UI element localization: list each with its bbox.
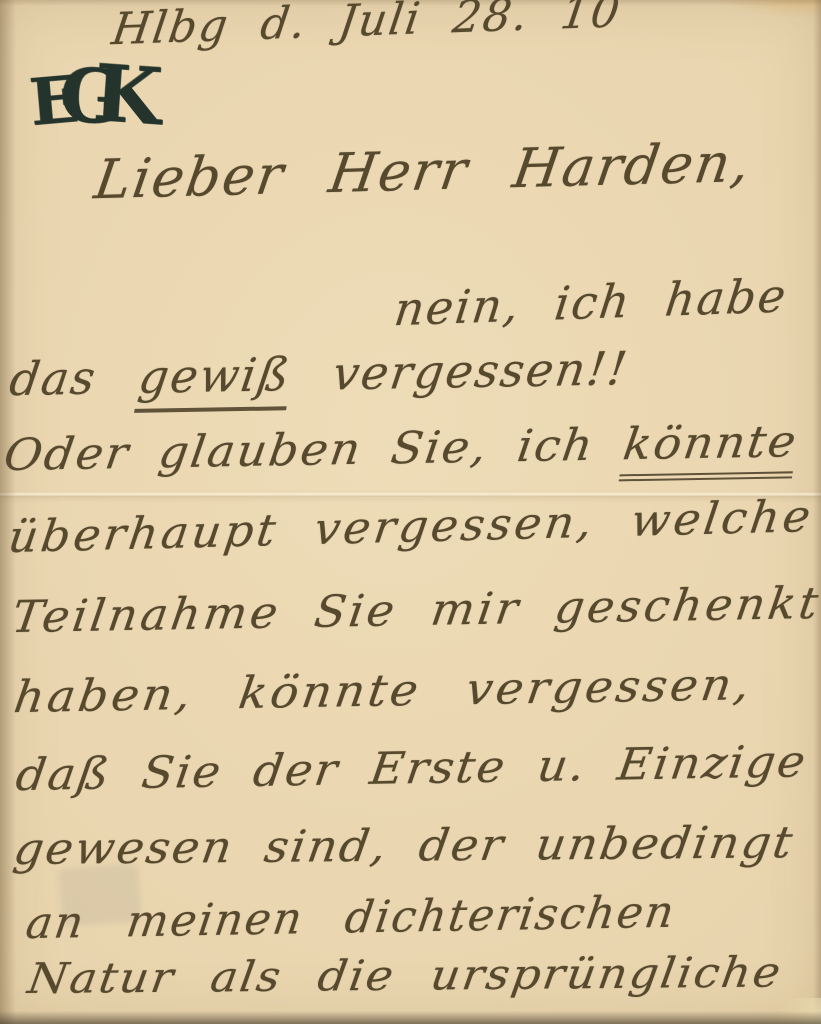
letter-page: E G K Hlbg d. Juli 28. 10 Lieber Herr Ha… — [0, 0, 821, 1024]
body-line-8-text: gewesen sind, der unbedingt — [10, 817, 797, 875]
body-line-7: daß Sie der Erste u. Einzige — [13, 736, 811, 801]
underlined-word: gewiß — [134, 347, 294, 413]
body-line-2-post: vergessen!! — [287, 341, 632, 401]
body-line-6: haben, könnte vergessen, — [11, 659, 756, 723]
body-line-10: Natur als die ursprüngliche — [25, 947, 786, 1003]
body-line-3-pre: Oder glauben Sie, ich — [1, 419, 627, 481]
date-line: Hlbg d. Juli 28. 10 — [109, 0, 625, 55]
monogram-letter-k: K — [91, 48, 165, 144]
body-line-9: an meinen dichterischen — [23, 887, 679, 949]
body-line-7-text: daß Sie der Erste u. Einzige — [13, 736, 811, 801]
body-line-5: Teilnahme Sie mir geschenkt — [9, 578, 821, 643]
body-line-9-text: an meinen dichterischen — [23, 887, 679, 949]
body-line-2-pre: das — [6, 350, 143, 406]
salutation-line: Lieber Herr Harden, — [91, 131, 756, 211]
body-line-4: überhaupt vergessen, welche — [5, 491, 816, 563]
body-line-4-text: überhaupt vergessen, welche — [5, 491, 816, 563]
monogram-stamp: E G K — [30, 50, 160, 160]
double-underlined-word: könnte — [619, 416, 802, 481]
page-edge-bottom — [0, 1011, 821, 1024]
body-line-1-text: nein, ich habe — [391, 268, 790, 336]
body-line-6-text: haben, könnte vergessen, — [11, 659, 756, 723]
body-line-5-text: Teilnahme Sie mir geschenkt — [9, 578, 821, 643]
body-line-2: das gewiß vergessen!! — [6, 341, 632, 406]
body-line-8: gewesen sind, der unbedingt — [10, 817, 797, 875]
page-edge-right — [813, 0, 821, 1024]
body-line-1: nein, ich habe — [391, 268, 790, 336]
body-line-10-text: Natur als die ursprüngliche — [25, 947, 786, 1003]
body-line-3: Oder glauben Sie, ich könnte — [1, 416, 801, 481]
